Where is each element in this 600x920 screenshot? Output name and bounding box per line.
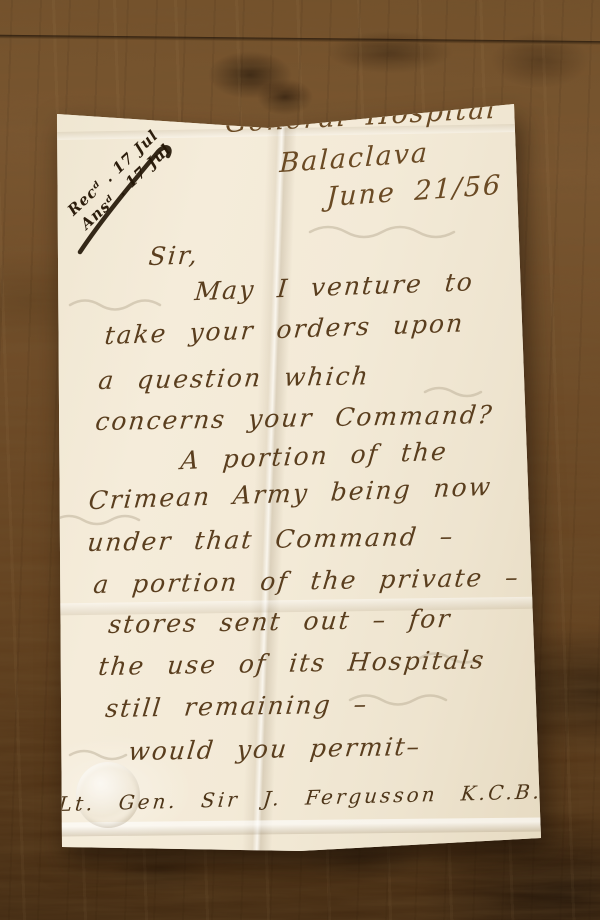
docket-annotation: Recᵈ . 17 Jul Ansᵈ . 17 Jul bbox=[64, 126, 176, 234]
letter-paper-shadow: Recᵈ . 17 Jul Ansᵈ . 17 Jul General Hosp… bbox=[0, 0, 600, 920]
body-line: May I venture to bbox=[193, 267, 475, 306]
heading-place-line2: Balaclava bbox=[279, 138, 430, 180]
photo-of-handwritten-letter: Recᵈ . 17 Jul Ansᵈ . 17 Jul General Hosp… bbox=[0, 0, 600, 920]
body-line: would you permit– bbox=[127, 732, 423, 766]
paper-bottom-fold-crease bbox=[58, 817, 542, 836]
body-line: concerns your Command? bbox=[94, 400, 495, 436]
body-line: stores sent out – for bbox=[107, 604, 453, 639]
body-line: under that Command – bbox=[86, 522, 456, 557]
body-line: a question which bbox=[97, 361, 371, 395]
salutation: Sir, bbox=[147, 240, 200, 271]
body-line: a portion of the private – bbox=[92, 563, 521, 599]
body-line: the use of its Hospitals bbox=[97, 645, 487, 681]
body-line: Crimean Army being now bbox=[87, 472, 493, 515]
letter-paper: Recᵈ . 17 Jul Ansᵈ . 17 Jul General Hosp… bbox=[0, 0, 600, 920]
body-line: A portion of the bbox=[179, 437, 449, 475]
body-line: still remaining – bbox=[104, 689, 370, 723]
heading-date: June 21/56 bbox=[326, 170, 503, 213]
